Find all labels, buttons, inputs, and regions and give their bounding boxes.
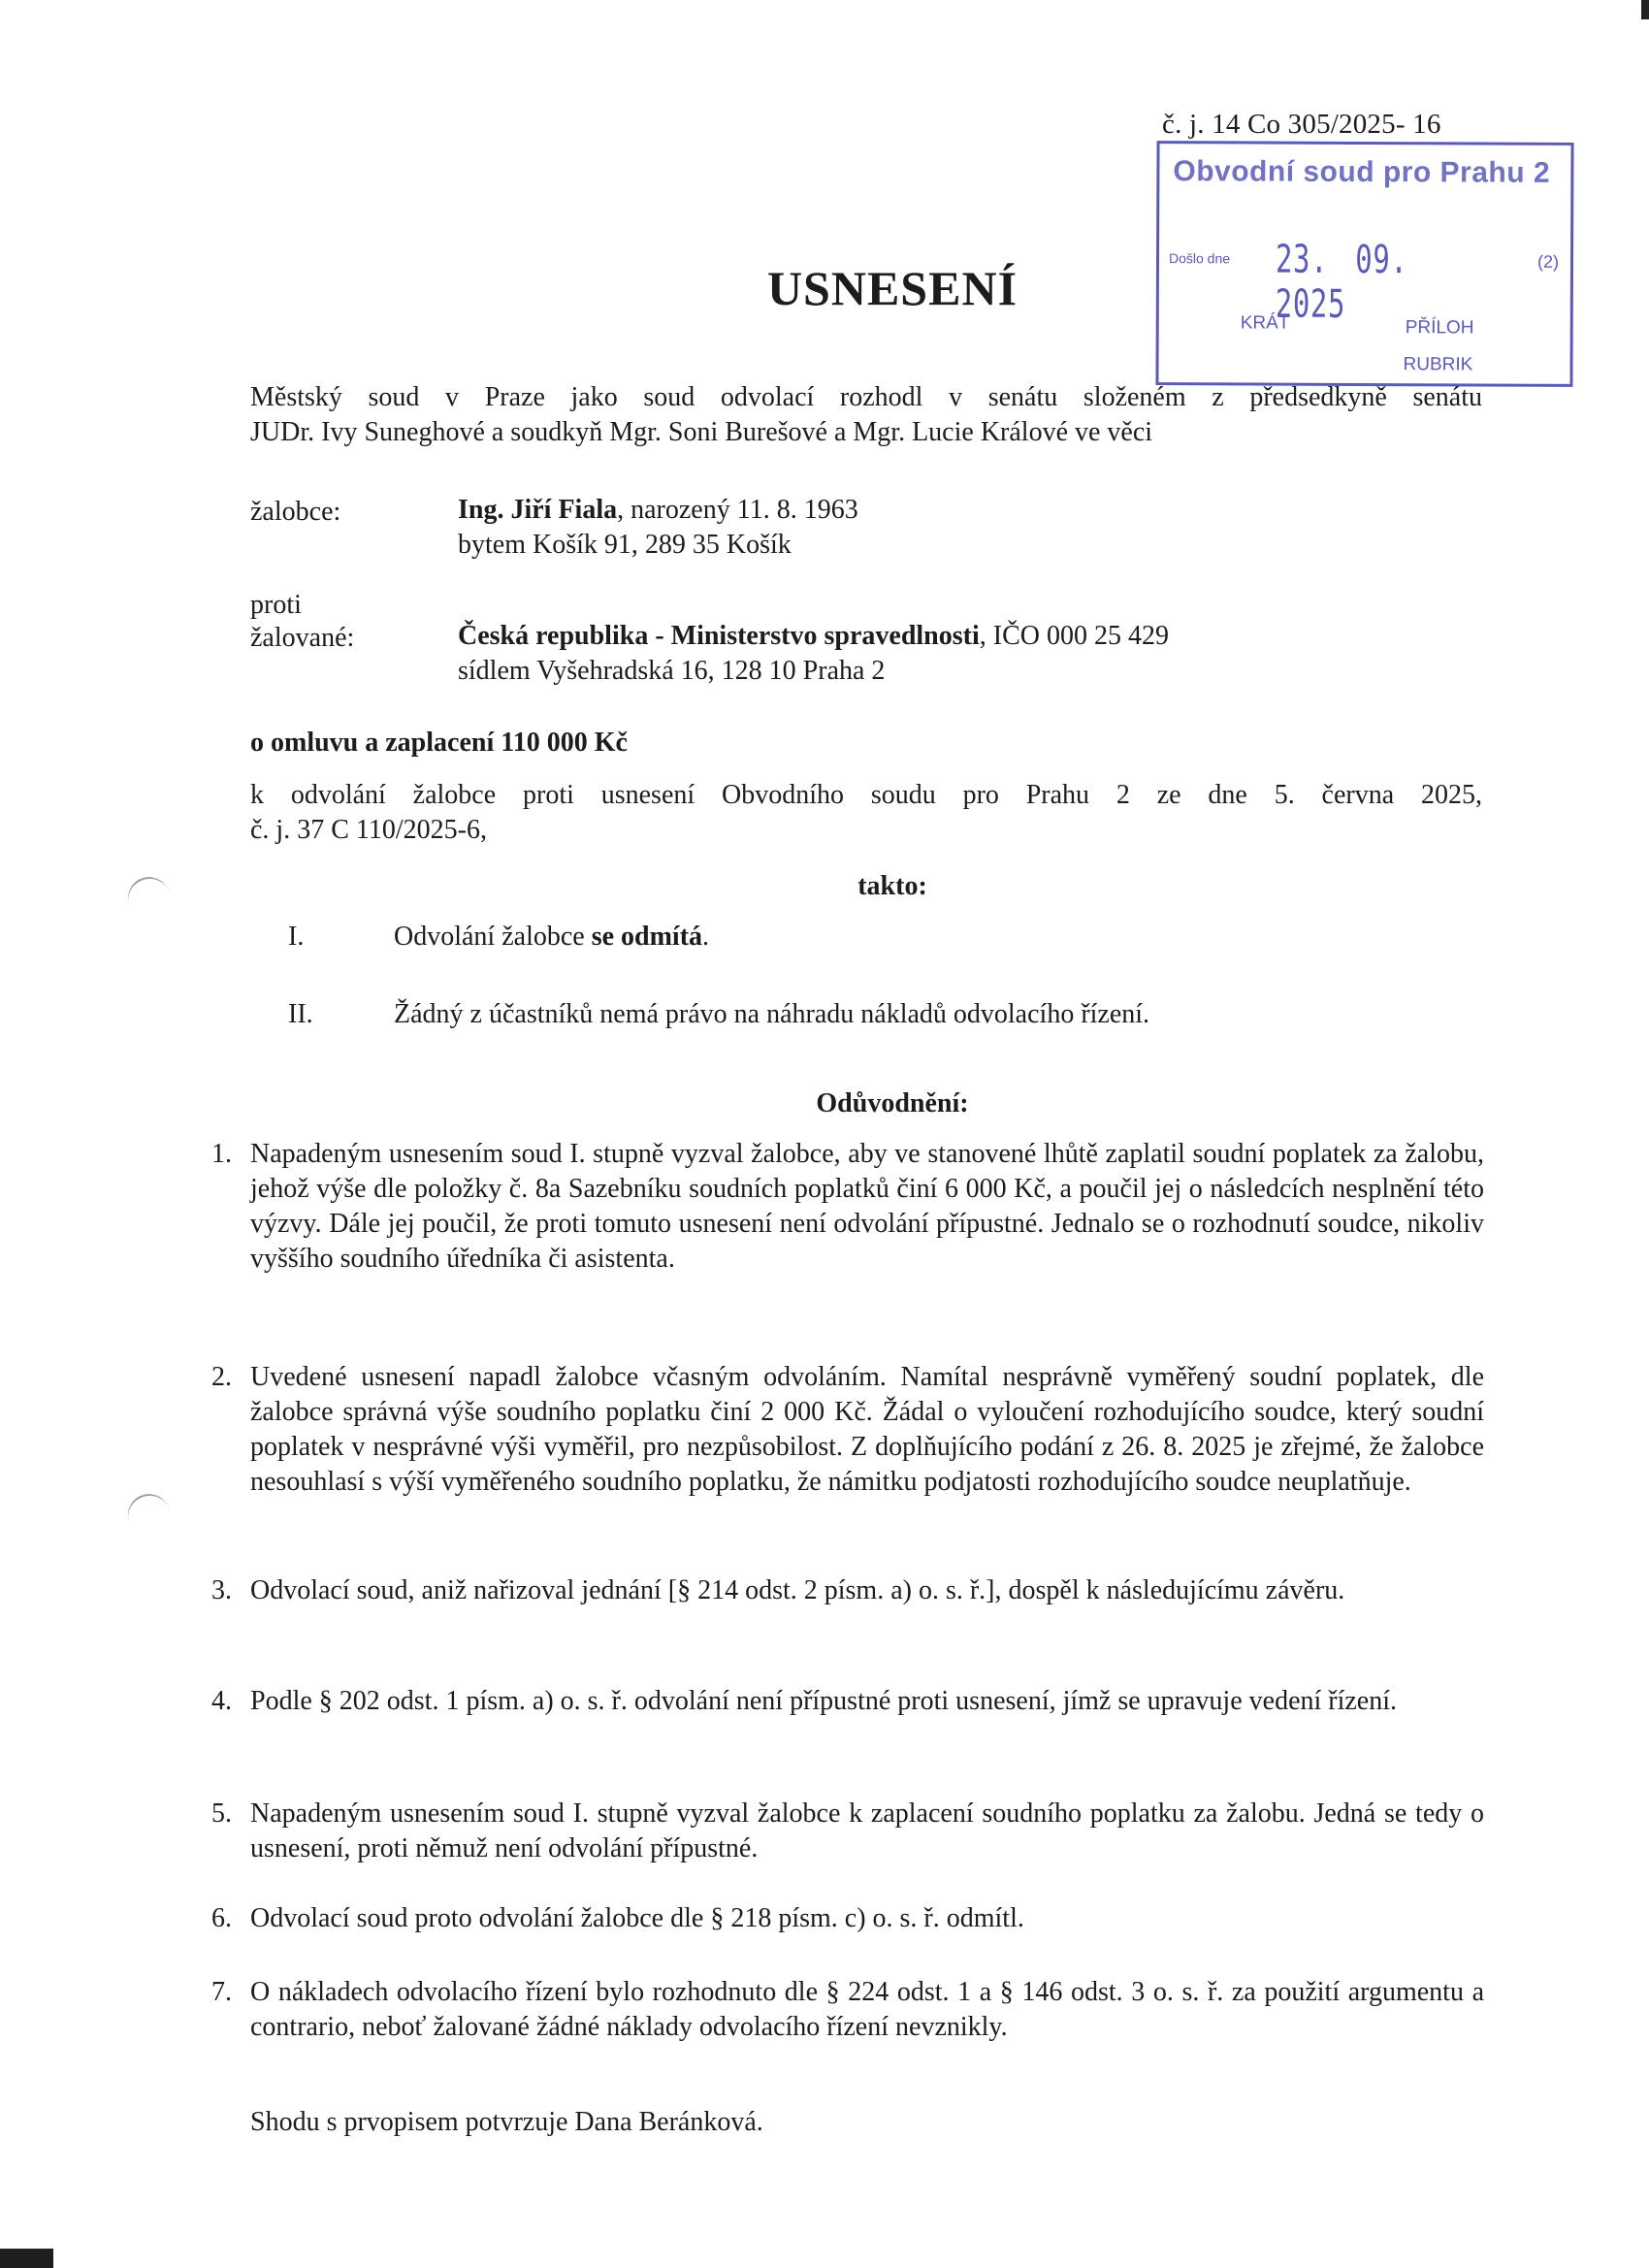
reasoning-paragraph-7: 7. O nákladech odvolacího řízení bylo ro… [211, 1975, 1484, 2045]
verdict-item-2: Žádný z účastníků nemá právo na náhradu … [394, 999, 1149, 1030]
reasoning-paragraph-5: 5. Napadeným usnesením soud I. stupně vy… [211, 1797, 1484, 1866]
stamp-rubrik-label: RUBRIK [1403, 354, 1472, 375]
reasoning-paragraph-4: 4. Podle § 202 odst. 1 písm. a) o. s. ř.… [211, 1684, 1484, 1719]
plaintiff-birthdate: , narozený 11. 8. 1963 [617, 495, 858, 525]
appeal-reference-line-1: k odvolání žalobce proti usnesení Obvodn… [250, 778, 1482, 813]
intro-line-2: JUDr. Ivy Suneghové a soudkyň Mgr. Soni … [250, 415, 1482, 450]
plaintiff-label: žalobce: [250, 497, 340, 528]
reasoning-paragraph-2: 2. Uvedené usnesení napadl žalobce včasn… [211, 1360, 1484, 1500]
verdict-1-bold: se odmítá [592, 922, 702, 952]
takto-heading: takto: [0, 871, 1649, 902]
punch-hole-mark-icon [122, 1488, 177, 1543]
reasoning-text: Odvolací soud, aniž nařizoval jednání [§… [250, 1573, 1484, 1608]
reasoning-text: Podle § 202 odst. 1 písm. a) o. s. ř. od… [250, 1684, 1484, 1719]
appeal-reference: k odvolání žalobce proti usnesení Obvodn… [250, 778, 1482, 848]
verdict-1-end: . [702, 922, 709, 952]
defendant-name: Česká republika - Ministerstvo spravedln… [458, 621, 980, 651]
appeal-reference-line-2: č. j. 37 C 110/2025-6, [250, 813, 1482, 848]
verdict-number-2: II. [288, 999, 313, 1030]
defendant-address: sídlem Vyšehradská 16, 128 10 Praha 2 [458, 654, 1169, 689]
reasoning-text: O nákladech odvolacího řízení bylo rozho… [250, 1975, 1484, 2045]
defendant-label: žalované: [250, 623, 354, 654]
reasoning-number: 1. [211, 1137, 232, 1172]
reasoning-text: Odvolací soud proto odvolání žalobce dle… [250, 1901, 1484, 1936]
plaintiff-address: bytem Košík 91, 289 35 Košík [458, 528, 858, 563]
verdict-1-text: Odvolání žalobce [394, 922, 592, 952]
against-label: proti [250, 590, 302, 621]
case-number: č. j. 14 Co 305/2025- 16 [1162, 109, 1441, 141]
stamp-priloh-label: PŘÍLOH [1406, 317, 1474, 339]
intro-paragraph: Městský soud v Praze jako soud odvolací … [250, 380, 1482, 450]
verdict-2-text: Žádný z účastníků nemá právo na náhradu … [394, 999, 1149, 1029]
document-title: USNESENÍ [0, 260, 1649, 316]
certification-note: Shodu s prvopisem potvrzuje Dana Beránko… [250, 2105, 1482, 2140]
reasoning-paragraph-1: 1. Napadeným usnesením soud I. stupně vy… [211, 1137, 1484, 1277]
reasoning-number: 4. [211, 1684, 232, 1719]
plaintiff-name: Ing. Jiří Fiala [458, 495, 617, 525]
document-page: č. j. 14 Co 305/2025- 16 Obvodní soud pr… [0, 0, 1649, 2268]
scan-edge-artifact [0, 2249, 53, 2268]
reasoning-number: 5. [211, 1797, 232, 1831]
scan-corner-artifact [1641, 0, 1649, 19]
case-subject: o omluvu a zaplacení 110 000 Kč [250, 726, 1482, 761]
stamp-court-name: Obvodní soud pro Prahu 2 [1173, 155, 1550, 190]
plaintiff-name-line: Ing. Jiří Fiala, narozený 11. 8. 1963 [458, 493, 858, 528]
verdict-number-1: I. [288, 922, 304, 953]
reasoning-number: 2. [211, 1360, 232, 1395]
defendant-ico: , IČO 000 25 429 [980, 621, 1169, 651]
defendant-name-line: Česká republika - Ministerstvo spravedln… [458, 619, 1169, 654]
verdict-item-1: Odvolání žalobce se odmítá. [394, 922, 709, 953]
reasoning-paragraph-3: 3. Odvolací soud, aniž nařizoval jednání… [211, 1573, 1484, 1608]
reasoning-number: 3. [211, 1573, 232, 1608]
defendant-info: Česká republika - Ministerstvo spravedln… [458, 619, 1169, 689]
reasoning-number: 6. [211, 1901, 232, 1936]
reasoning-heading: Odůvodnění: [0, 1088, 1649, 1119]
intro-line-1: Městský soud v Praze jako soud odvolací … [250, 380, 1482, 415]
reasoning-number: 7. [211, 1975, 232, 2010]
reasoning-paragraph-6: 6. Odvolací soud proto odvolání žalobce … [211, 1901, 1484, 1936]
plaintiff-info: Ing. Jiří Fiala, narozený 11. 8. 1963 by… [458, 493, 858, 563]
reasoning-text: Uvedené usnesení napadl žalobce včasným … [250, 1360, 1484, 1500]
reasoning-text: Napadeným usnesením soud I. stupně vyzva… [250, 1137, 1484, 1277]
reasoning-text: Napadeným usnesením soud I. stupně vyzva… [250, 1797, 1484, 1866]
